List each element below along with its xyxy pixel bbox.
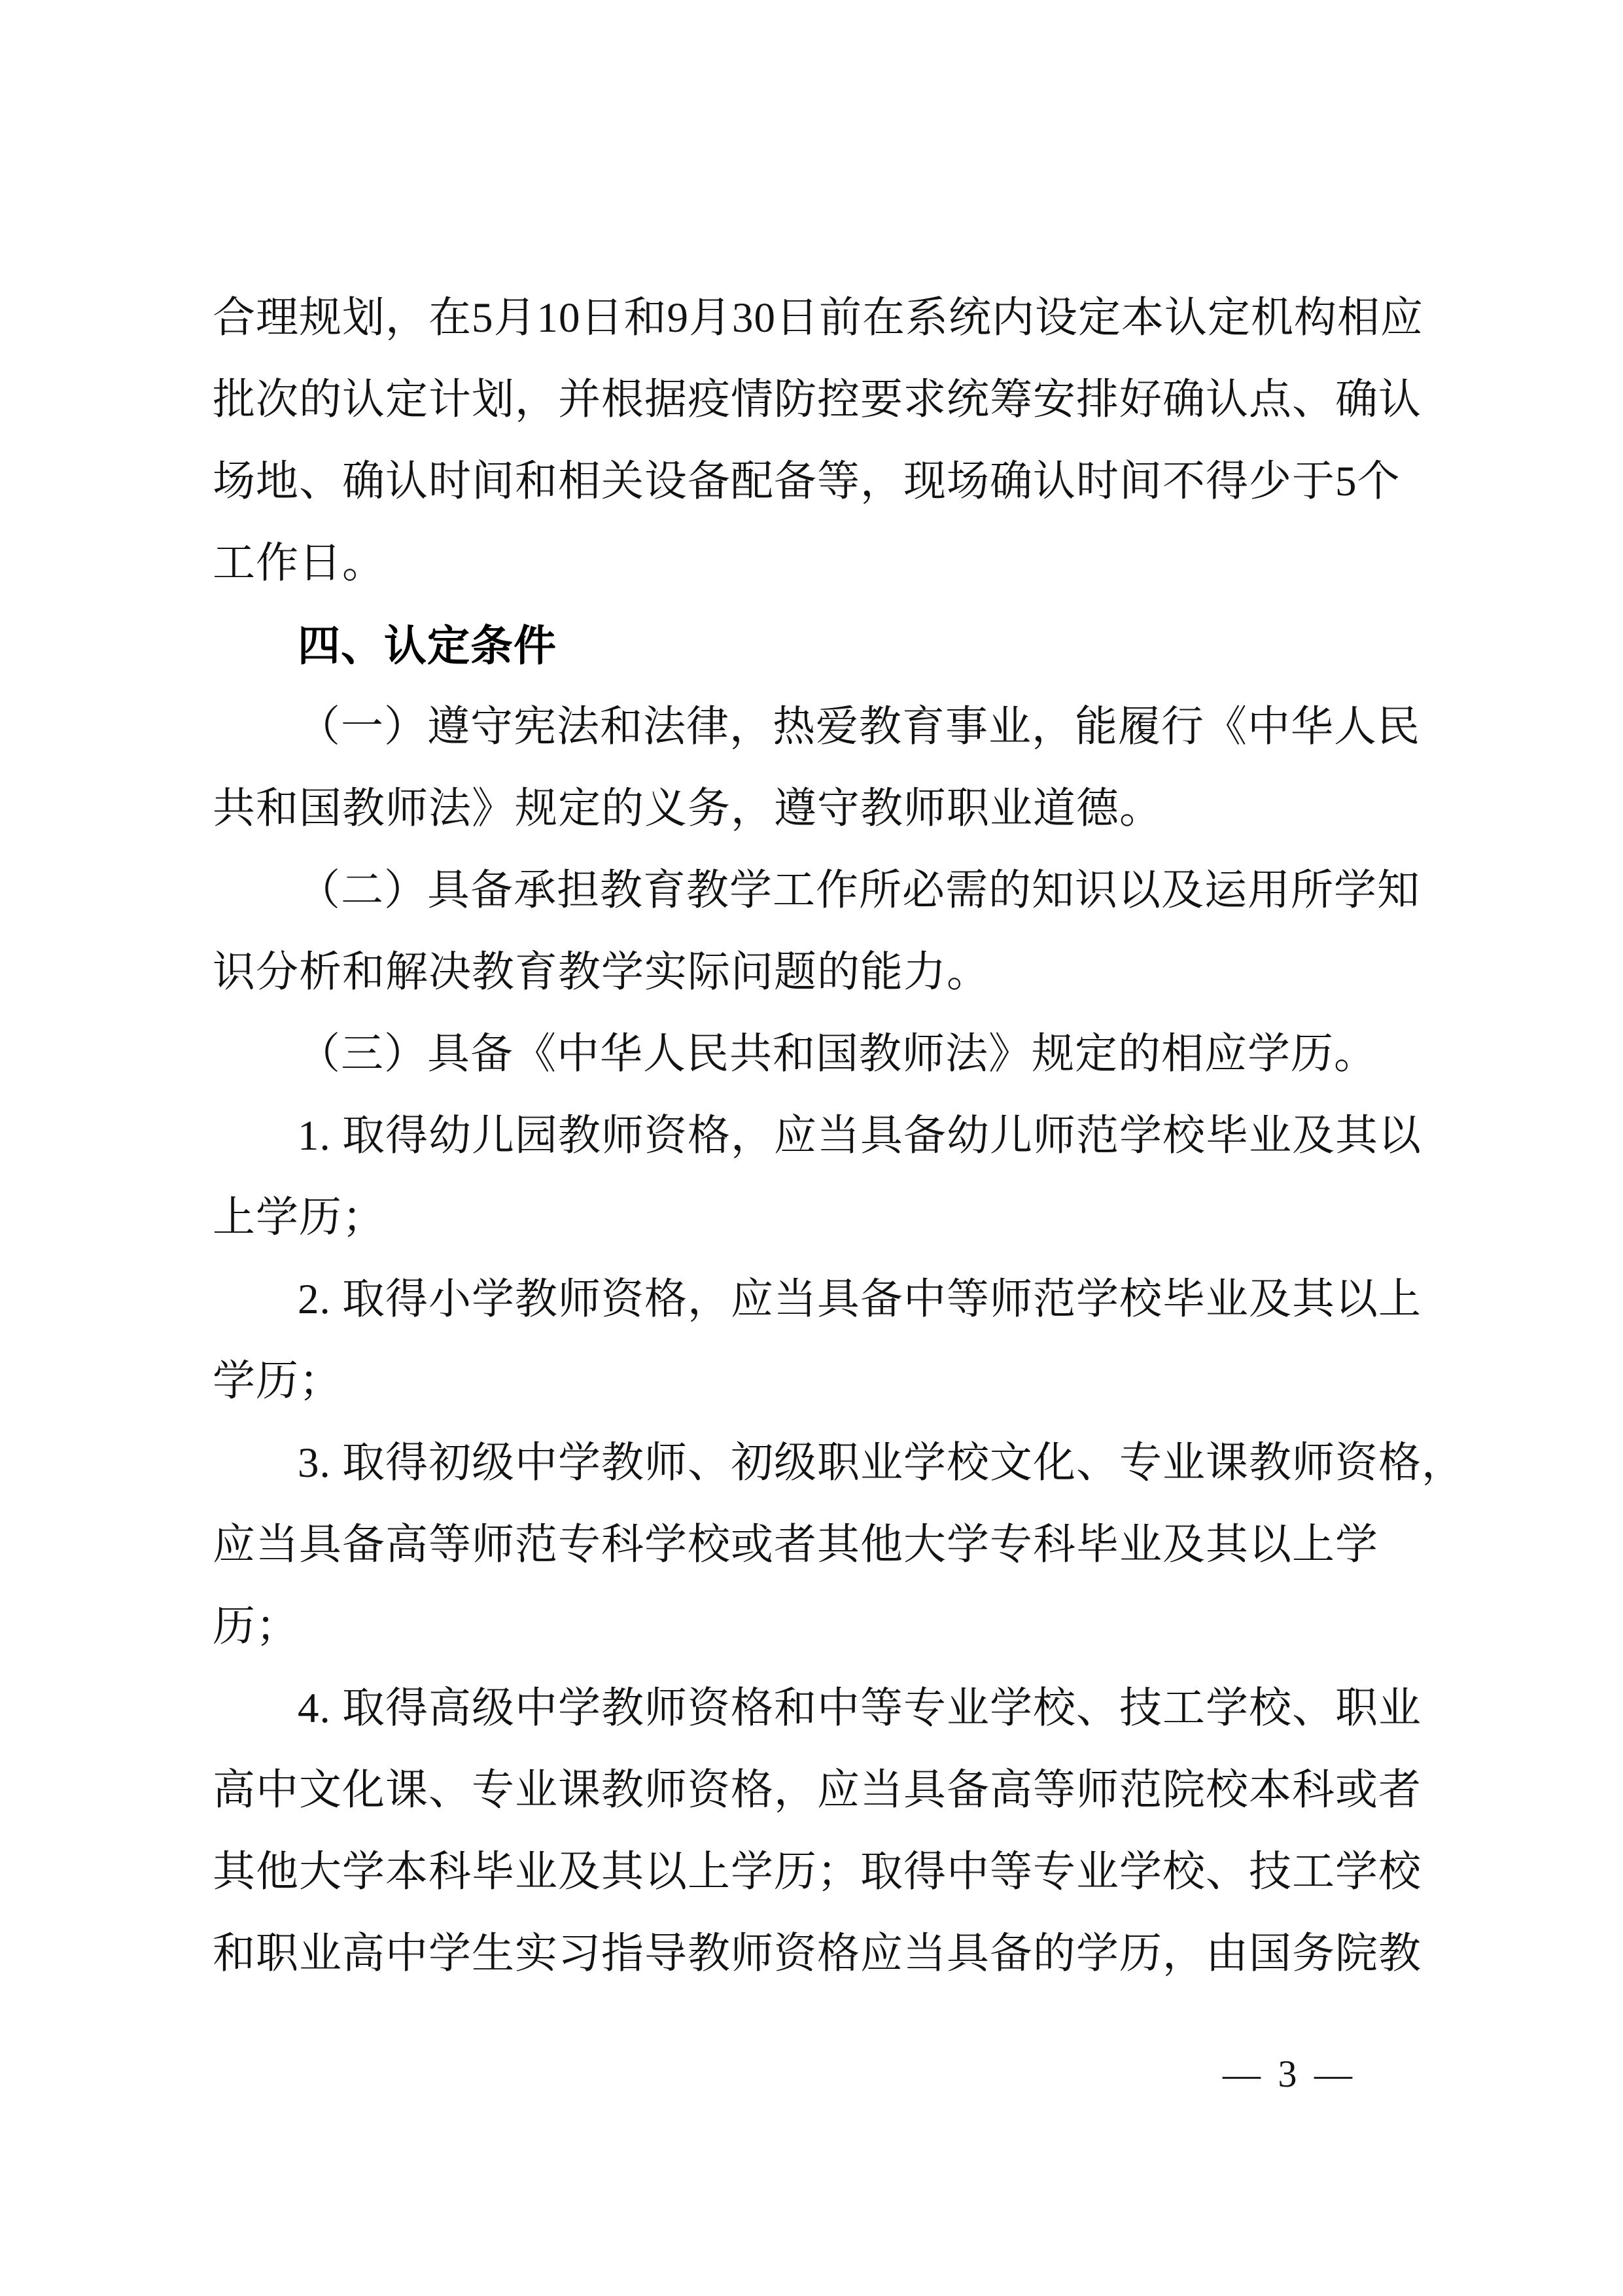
list-item-line: 2. 取得小学教师资格，应当具备中等师范学校毕业及其以上 [213,1259,1420,1341]
body-line: 和职业高中学生实习指导教师资格应当具备的学历，由国务院教 [213,1913,1420,1995]
page-number: — 3 — [1223,2055,1356,2094]
document-body: 合理规划，在5月10日和9月30日前在系统内设定本认定机构相应 批次的认定计划，… [213,277,1420,1995]
list-item-line: 1. 取得幼儿园教师资格，应当具备幼儿师范学校毕业及其以 [213,1095,1420,1177]
list-item-line: 4. 取得高级中学教师资格和中等专业学校、技工学校、职业 [213,1668,1420,1750]
body-line: （一）遵守宪法和法律，热爱教育事业，能履行《中华人民 [213,686,1420,768]
list-item-line: 3. 取得初级中学教师、初级职业学校文化、专业课教师资格， [213,1422,1420,1504]
body-line: 其他大学本科毕业及其以上学历；取得中等专业学校、技工学校 [213,1831,1420,1913]
section-heading: 四、认定条件 [213,605,1420,686]
body-line: 合理规划，在5月10日和9月30日前在系统内设定本认定机构相应 [213,277,1420,359]
body-line: 场地、确认时间和相关设备配备等，现场确认时间不得少于5个 [213,441,1420,523]
body-line: 上学历； [213,1177,1420,1259]
body-line: （三）具备《中华人民共和国教师法》规定的相应学历。 [213,1014,1420,1095]
body-line: 应当具备高等师范专科学校或者其他大学专科毕业及其以上学 [213,1504,1420,1586]
body-line: （二）具备承担教育教学工作所必需的知识以及运用所学知 [213,850,1420,932]
body-line: 共和国教师法》规定的义务，遵守教师职业道德。 [213,768,1420,850]
body-line: 识分析和解决教育教学实际问题的能力。 [213,932,1420,1014]
body-line: 工作日。 [213,523,1420,605]
body-line: 历； [213,1586,1420,1668]
body-line: 批次的认定计划，并根据疫情防控要求统筹安排好确认点、确认 [213,359,1420,441]
body-line: 高中文化课、专业课教师资格，应当具备高等师范院校本科或者 [213,1750,1420,1831]
document-page: 合理规划，在5月10日和9月30日前在系统内设定本认定机构相应 批次的认定计划，… [0,0,1623,2296]
body-line: 学历； [213,1341,1420,1422]
